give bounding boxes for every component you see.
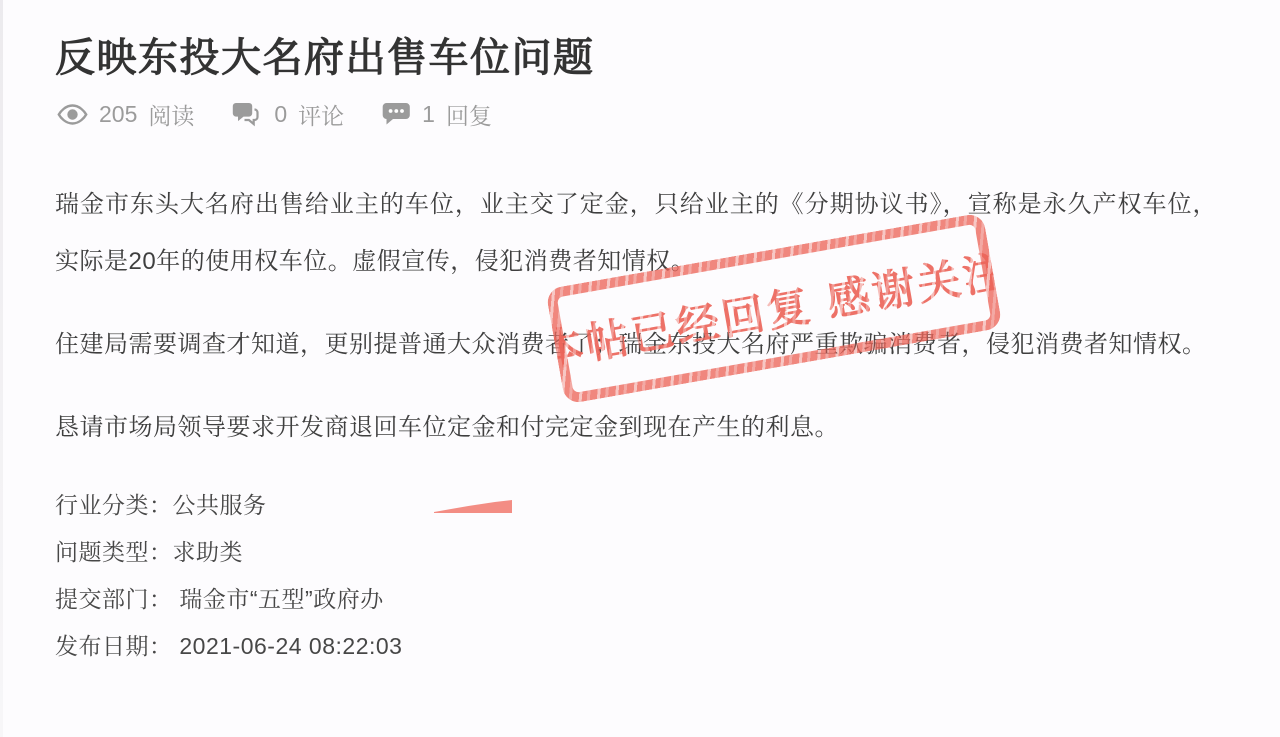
comments-label: 评论 <box>298 98 344 131</box>
meta-value: 求助类 <box>173 539 244 565</box>
views-label: 阅读 <box>148 98 194 131</box>
post-page: 反映东投大名府出售车位问题 205 阅读 0 评论 <box>0 0 1280 737</box>
eye-icon <box>57 103 88 126</box>
meta-label: 发布日期： <box>55 633 173 659</box>
reply-bubble-icon <box>382 102 411 127</box>
meta-value: 公共服务 <box>173 492 267 518</box>
post-paragraph-3: 恳请市场局领导要求开发商退回车位定金和付完定金到现在产生的利息。 <box>55 399 1217 456</box>
meta-value: 瑞金市“五型”政府办 <box>173 586 384 612</box>
meta-row-issue-type: 问题类型：求助类 <box>55 529 1217 576</box>
post-stats: 205 阅读 0 评论 1 回复 <box>57 98 492 131</box>
meta-row-department: 提交部门： 瑞金市“五型”政府办 <box>55 576 1217 623</box>
stat-views: 205 阅读 <box>57 98 194 131</box>
stat-replies: 1 回复 <box>382 98 492 131</box>
comments-count: 0 <box>274 101 287 128</box>
post-content: 瑞金市东头大名府出售给业主的车位，业主交了定金，只给业主的《分期协议书》，宣称是… <box>55 176 1217 670</box>
replies-count: 1 <box>422 101 435 128</box>
meta-row-industry: 行业分类：公共服务 <box>55 482 1217 529</box>
meta-label: 问题类型： <box>55 539 173 565</box>
views-count: 205 <box>99 101 137 128</box>
comments-icon <box>232 102 263 127</box>
stat-comments: 0 评论 <box>232 98 344 131</box>
meta-label: 行业分类： <box>55 492 173 518</box>
replies-label: 回复 <box>446 98 492 131</box>
meta-row-publish-date: 发布日期： 2021-06-24 08:22:03 <box>55 623 1217 670</box>
meta-value: 2021-06-24 08:22:03 <box>173 633 403 659</box>
post-meta: 行业分类：公共服务 问题类型：求助类 提交部门： 瑞金市“五型”政府办 发布日期… <box>55 482 1217 670</box>
page-title: 反映东投大名府出售车位问题 <box>55 26 595 83</box>
meta-label: 提交部门： <box>55 586 173 612</box>
